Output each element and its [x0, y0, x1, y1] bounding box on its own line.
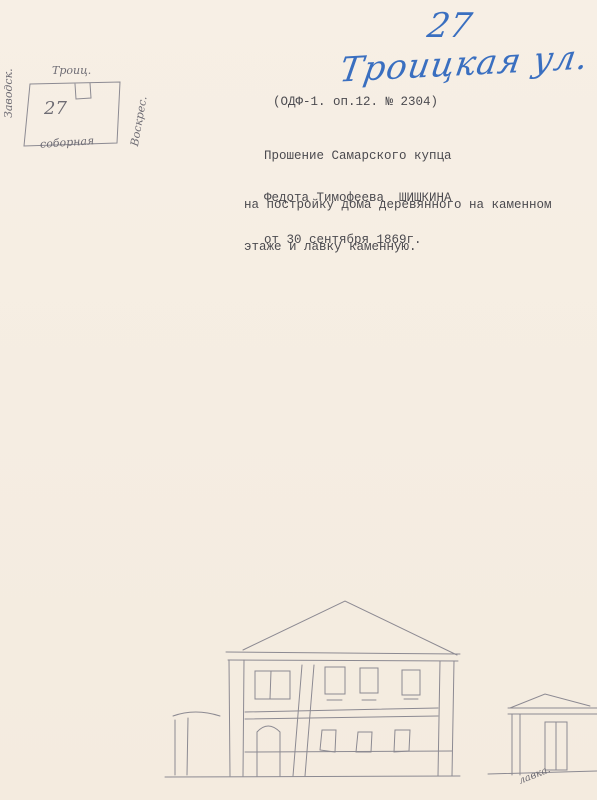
document-page: 27 Троицкая ул. (ОДФ-1. оп.12. № 2304) П… [0, 0, 597, 800]
plan-label-north: Троиц. [52, 64, 91, 77]
house-facade-sketch [165, 601, 597, 777]
plan-lot-number: 27 [44, 98, 67, 119]
plan-label-west: Заводск. [2, 68, 15, 118]
pencil-drawings [0, 0, 597, 800]
